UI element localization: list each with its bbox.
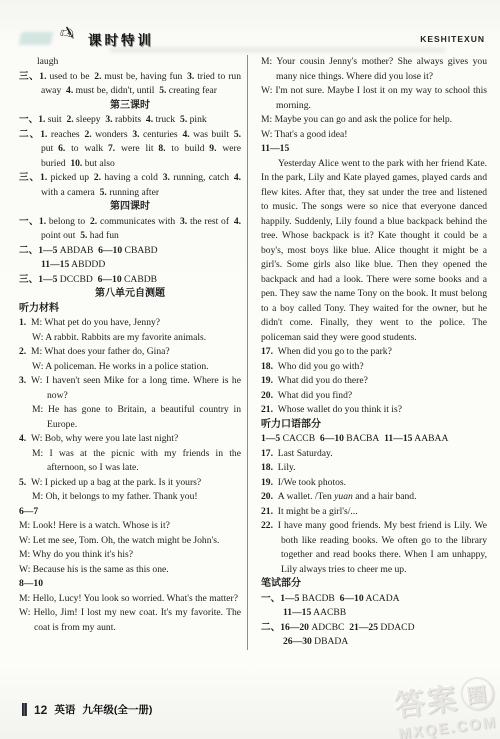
text-segment: 11—15: [41, 259, 69, 270]
workbook-answer-page: ✍ 课时特训 KESHITEXUN laugh三、1. used to be 2…: [0, 0, 500, 739]
text-segment: wonders: [92, 129, 133, 140]
text-line: 18. Who did you go with?: [261, 360, 487, 375]
text-line: 11—15 AACBB: [261, 606, 487, 621]
text-segment: 6—10: [320, 433, 344, 444]
text-segment: but also: [82, 158, 115, 169]
text-line: M: Why do you think it's his?: [19, 548, 241, 563]
text-line: 21. It might be a girl's/...: [261, 505, 487, 520]
text-segment: 11—15: [261, 143, 289, 154]
text-segment: 三、: [19, 71, 39, 82]
text-line: M: Oh, it belongs to my father. Thank yo…: [19, 490, 241, 505]
footer-grade: 九年级(全一册): [82, 702, 152, 717]
text-segment: Who did you go with?: [273, 361, 364, 372]
text-segment: It might be a girl's/...: [273, 506, 358, 517]
text-line: 二、1—5 ABDAB 6—10 CBABD: [19, 244, 241, 259]
text-segment: CACCB: [280, 433, 320, 444]
text-segment: 第八单元自测题: [95, 288, 165, 299]
text-segment: M: Your cousin Jenny's mother? She alway…: [261, 56, 487, 82]
text-segment: AABAA: [412, 433, 448, 444]
text-line: M: I was at the picnic with my friends i…: [19, 447, 241, 476]
text-segment: with a camera: [41, 187, 100, 198]
text-segment: 21—25: [349, 622, 378, 633]
text-line: M: Your cousin Jenny's mother? She alway…: [261, 55, 487, 84]
section-heading: 第八单元自测题: [19, 287, 241, 302]
text-segment: 1—5: [38, 274, 57, 285]
text-segment: M: He has gone to Britain, a beautiful c…: [32, 404, 241, 430]
footer-subject: 英语: [54, 702, 75, 717]
text-segment: 16—20: [280, 622, 309, 633]
page-number: 12: [34, 703, 47, 717]
text-segment: M: What does your father do, Gina?: [26, 346, 169, 357]
text-line: M: He has gone to Britain, a beautiful c…: [19, 403, 241, 432]
text-segment: CABDB: [122, 274, 157, 285]
text-segment: belong to: [46, 216, 90, 227]
text-segment: 19.: [261, 375, 273, 386]
text-segment: I have many good friends. My best friend…: [273, 520, 487, 575]
text-segment: were lit: [115, 143, 158, 154]
text-line: W: That's a good idea!: [261, 128, 487, 143]
text-segment: M: Maybe you can go and ask the police f…: [261, 114, 452, 125]
text-segment: 二、: [19, 245, 38, 256]
text-line: W: A rabbit. Rabbits are my favorite ani…: [19, 331, 241, 346]
text-line: M: Hello, Lucy! You look so worried. Wha…: [19, 592, 241, 607]
text-segment: 3.: [132, 129, 139, 140]
text-line: 19. I/We took photos.: [261, 476, 487, 491]
page-footer: 12 英语 九年级(全一册): [22, 702, 152, 717]
scan-artifact: [110, 48, 445, 52]
text-segment: What did you do there?: [273, 375, 368, 386]
text-segment: W: Because his is the same as this one.: [19, 564, 169, 575]
text-line: 二、1. reaches 2. wonders 3. centuries 4. …: [19, 128, 241, 172]
text-segment: I/We took photos.: [273, 477, 346, 488]
section-heading: 第四课时: [19, 200, 241, 215]
text-segment: 20.: [261, 390, 273, 401]
text-segment: 18.: [261, 462, 273, 473]
section-heading: 听力材料: [19, 302, 241, 317]
brand-logo-text: 课时特训: [88, 29, 154, 49]
text-segment: creating fear: [166, 85, 217, 96]
footer-bar-icon: [22, 703, 27, 716]
text-segment: 2.: [84, 129, 91, 140]
text-line: Yesterday Alice went to the park with he…: [261, 157, 487, 346]
text-line: 1—5 CACCB 6—10 BACBA 11—15 AABAA: [261, 432, 487, 447]
text-segment: to build: [166, 143, 210, 154]
watermark-text-circled: 圈: [459, 675, 496, 712]
text-segment: put: [41, 143, 58, 154]
text-segment: W: I haven't seen Mike for a long time. …: [26, 375, 241, 401]
text-segment: 17.: [261, 448, 273, 459]
text-segment: 26—30: [283, 636, 312, 647]
text-segment: 一、: [19, 216, 39, 227]
text-line: 19. What did you do there?: [261, 374, 487, 389]
section-heading: 第三课时: [19, 99, 241, 114]
text-segment: W: Bob, why were you late last night?: [26, 433, 178, 444]
text-segment: 听力口语部分: [261, 419, 321, 430]
text-segment: 4.: [146, 114, 153, 125]
section-heading: 笔试部分: [261, 577, 487, 592]
text-line: W: Hello, Jim! I lost my new coat. It's …: [19, 606, 241, 635]
text-line: 三、1—5 DCCBD 6—10 CABDB: [19, 273, 241, 288]
text-line: W: A policeman. He works in a police sta…: [19, 360, 241, 375]
text-segment: 第三课时: [110, 100, 150, 111]
text-line: M: Look! Here is a watch. Whose is it?: [19, 519, 241, 534]
text-segment: 6—10: [98, 245, 122, 256]
text-line: 18. Lily.: [261, 461, 487, 476]
text-segment: AACBB: [311, 607, 346, 618]
text-segment: pink: [187, 114, 206, 125]
text-segment: reaches: [47, 129, 84, 140]
text-segment: suit: [45, 114, 66, 125]
brand-name-right: KESHITEXUN: [420, 34, 485, 44]
text-segment: 21.: [261, 506, 273, 517]
text-segment: 8—10: [19, 578, 43, 589]
text-segment: ADCBC: [309, 622, 349, 633]
text-segment: Last Saturday.: [273, 448, 333, 459]
text-line: 2. M: What does your father do, Gina?: [19, 345, 241, 360]
text-segment: W: I picked up a bag at the park. Is it …: [26, 477, 201, 488]
text-segment: ABDDD: [69, 259, 105, 270]
watermark-stamp: 答案圈 MXQE.COM: [392, 669, 499, 739]
text-segment: 6—10: [340, 593, 364, 604]
text-segment: 1—5: [38, 245, 57, 256]
text-segment: M: What pet do you have, Jenny?: [26, 317, 160, 328]
text-segment: M: Hello, Lucy! You look so worried. Wha…: [19, 593, 238, 604]
text-segment: BACBA: [344, 433, 384, 444]
text-segment: centuries: [140, 129, 183, 140]
text-segment: M: Why do you think it's his?: [19, 549, 133, 560]
text-line: 5. W: I picked up a bag at the park. Is …: [19, 476, 241, 491]
pen-icon: ✍: [58, 22, 77, 46]
text-segment: M: Look! Here is a watch. Whose is it?: [19, 520, 170, 531]
text-segment: 20.: [261, 491, 273, 502]
text-segment: Whose wallet do you think it is?: [273, 404, 402, 415]
text-line: 一、1. suit 2. sleepy 3. rabbits 4. truck …: [19, 113, 241, 128]
text-segment: ACADA: [364, 593, 400, 604]
text-segment: 一、: [261, 593, 280, 604]
text-segment: 4.: [234, 172, 241, 183]
faded-stamp-mark: [19, 32, 54, 45]
text-segment: 3.: [105, 114, 112, 125]
text-line: 22. I have many good friends. My best fr…: [261, 519, 487, 577]
text-segment: When did you go to the park?: [273, 346, 392, 357]
text-segment: 11—15: [384, 433, 412, 444]
content-columns: laugh三、1. used to be 2. must be, having …: [19, 55, 487, 650]
right-column: M: Your cousin Jenny's mother? She alway…: [248, 55, 487, 650]
text-segment: DDACD: [378, 622, 415, 633]
text-segment: running after: [107, 187, 159, 198]
text-line: 4. W: Bob, why were you late last night?: [19, 432, 241, 447]
text-line: 26—30 DBADA: [261, 635, 487, 650]
text-line: 21. Whose wallet do you think it is?: [261, 403, 487, 418]
text-segment: 3.: [163, 172, 170, 183]
text-segment: sleepy: [74, 114, 106, 125]
text-segment: BACDB: [299, 593, 339, 604]
text-line: 一、1—5 BACDB 6—10 ACADA: [261, 592, 487, 607]
text-segment: Yesterday Alice went to the park with he…: [261, 158, 487, 343]
text-segment: ABDAB: [57, 245, 98, 256]
text-segment: 三、: [19, 274, 38, 285]
text-segment: the rest of: [187, 216, 234, 227]
text-segment: 11—15: [283, 607, 311, 618]
text-segment: 1—5: [261, 433, 280, 444]
text-segment: running, catch: [170, 172, 234, 183]
text-line: 17. Last Saturday.: [261, 447, 487, 462]
text-segment: 1—5: [280, 593, 299, 604]
text-segment: 4.: [234, 216, 241, 227]
section-heading: 听力口语部分: [261, 418, 487, 433]
text-segment: Lily.: [273, 462, 296, 473]
text-segment: 二、: [261, 622, 280, 633]
text-segment: 22.: [261, 520, 273, 531]
text-segment: W: A rabbit. Rabbits are my favorite ani…: [32, 332, 206, 343]
text-segment: must be, having fun: [101, 71, 187, 82]
text-line: 8—10: [19, 577, 241, 592]
text-segment: W: Let me see, Tom. Oh, the watch might …: [19, 535, 219, 546]
text-segment: rabbits: [113, 114, 146, 125]
watermark-text-main: 答案: [392, 674, 461, 725]
text-segment: 17.: [261, 346, 273, 357]
text-line: 17. When did you go to the park?: [261, 345, 487, 360]
text-segment: 2.: [94, 172, 101, 183]
text-segment: 5.: [100, 187, 107, 198]
text-segment: point out: [41, 230, 80, 241]
text-segment: DBADA: [312, 636, 349, 647]
text-segment: 1.: [39, 71, 46, 82]
text-segment: 19.: [261, 477, 273, 488]
text-segment: 第四课时: [110, 201, 150, 212]
text-segment: W: A policeman. He works in a police sta…: [32, 361, 209, 372]
text-segment: 三、: [19, 172, 40, 183]
text-segment: 2.: [66, 114, 73, 125]
text-line: 二、16—20 ADCBC 21—25 DDACD: [261, 621, 487, 636]
text-segment: M: Oh, it belongs to my father. Thank yo…: [32, 491, 198, 502]
text-segment: was built: [190, 129, 234, 140]
text-segment: A wallet. /Ten: [273, 491, 334, 502]
text-segment: 18.: [261, 361, 273, 372]
left-column: laugh三、1. used to be 2. must be, having …: [19, 55, 247, 650]
text-segment: yuan: [334, 491, 353, 502]
text-segment: 笔试部分: [261, 578, 301, 589]
text-line: 11—15: [261, 142, 487, 157]
text-segment: laugh: [37, 56, 58, 67]
text-segment: M: I was at the picnic with my friends i…: [32, 448, 241, 474]
text-segment: 二、: [19, 129, 40, 140]
text-segment: 8.: [158, 143, 165, 154]
text-segment: 一、: [19, 114, 38, 125]
text-line: 20. What did you find?: [261, 389, 487, 404]
text-segment: used to be: [47, 71, 95, 82]
text-segment: must be, didn't, until: [73, 85, 159, 96]
text-line: 三、1. used to be 2. must be, having fun 3…: [19, 70, 241, 99]
text-segment: 4.: [182, 129, 189, 140]
text-segment: picked up: [47, 172, 94, 183]
text-line: W: Because his is the same as this one.: [19, 563, 241, 578]
text-segment: W: Hello, Jim! I lost my new coat. It's …: [19, 607, 241, 633]
text-segment: What did you find?: [273, 390, 352, 401]
text-segment: and a hair band.: [353, 491, 417, 502]
text-segment: W: That's a good idea!: [261, 129, 347, 140]
text-segment: having a cold: [101, 172, 163, 183]
text-segment: to walk: [65, 143, 108, 154]
text-segment: 6—10: [98, 274, 122, 285]
text-segment: 6—7: [19, 506, 38, 517]
text-segment: truck: [153, 114, 180, 125]
text-line: 三、1. picked up 2. having a cold 3. runni…: [19, 171, 241, 200]
text-line: 1. M: What pet do you have, Jenny?: [19, 316, 241, 331]
text-line: laugh: [19, 55, 241, 70]
text-line: 6—7: [19, 505, 241, 520]
text-line: W: Let me see, Tom. Oh, the watch might …: [19, 534, 241, 549]
text-segment: communicates with: [97, 216, 180, 227]
text-segment: 21.: [261, 404, 273, 415]
text-line: W: I'm not sure. Maybe I lost it on my w…: [261, 84, 487, 113]
text-segment: 听力材料: [19, 303, 59, 314]
text-segment: 10.: [70, 158, 82, 169]
text-segment: W: I'm not sure. Maybe I lost it on my w…: [261, 85, 487, 111]
text-line: 11—15 ABDDD: [19, 258, 241, 273]
text-line: 3. W: I haven't seen Mike for a long tim…: [19, 374, 241, 403]
text-line: 一、1. belong to 2. communicates with 3. t…: [19, 215, 241, 244]
text-segment: DCCBD: [57, 274, 97, 285]
text-line: 20. A wallet. /Ten yuan and a hair band.: [261, 490, 487, 505]
text-segment: 5.: [234, 129, 241, 140]
text-segment: CBABD: [122, 245, 157, 256]
text-segment: had fun: [87, 230, 118, 241]
text-line: M: Maybe you can go and ask the police f…: [261, 113, 487, 128]
